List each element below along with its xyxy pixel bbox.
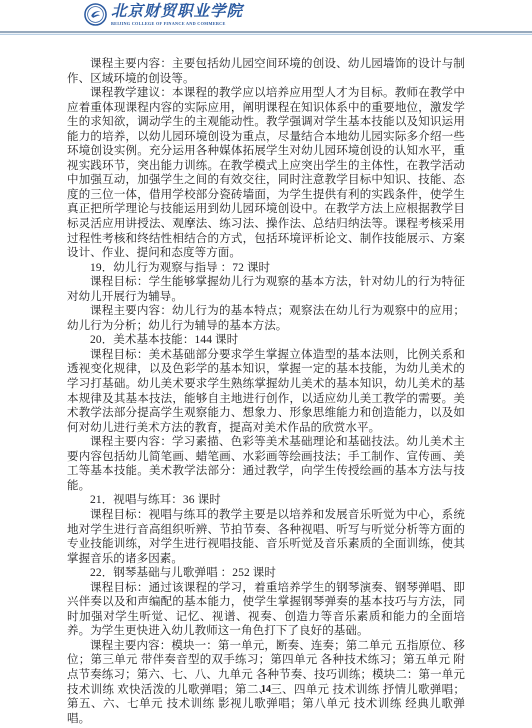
course-heading: 20．美术基本技能：144 课时 (67, 333, 465, 348)
page-number: 14 (0, 684, 532, 695)
paragraph: 课程主要内容：主要包括幼儿园空间环境的创设、幼儿园墙饰的设计与制作、区域环境的创… (67, 57, 465, 86)
school-name-chinese: 北京财贸职业学院 (111, 3, 355, 21)
course-heading: 22．钢琴基础与儿歌弹唱 ：252 课时 (67, 566, 465, 581)
paragraph: 课程主要内容：模块一：第一单元，断奏、连奏；第二单元 五指原位、移位；第三单元 … (67, 639, 465, 726)
school-logo: 北京财贸职业学院 BEIJING COLLEGE OF FINANCE AND … (84, 3, 355, 26)
school-name-english: BEIJING COLLEGE OF FINANCE AND COMMERCE (111, 21, 226, 23)
paragraph: 课程目标：通过该课程的学习，着重培养学生的钢琴演奏、钢琴弹唱、即兴伴奏以及和声编… (67, 581, 465, 639)
paragraph: 课程目标：学生能够掌握幼儿行为观察的基本方法，针对幼儿的行为特征对幼儿开展行为辅… (67, 275, 465, 304)
header-divider (0, 31, 532, 35)
document-body: 课程主要内容：主要包括幼儿园空间环境的创设、幼儿园墙饰的设计与制作、区域环境的创… (67, 57, 465, 726)
paragraph: 课程主要内容：学习素描、色彩等美术基础理论和基础技法。幼儿美术主要内容包括幼儿简… (67, 435, 465, 493)
school-name-block: 北京财贸职业学院 BEIJING COLLEGE OF FINANCE AND … (111, 3, 355, 26)
document-page: 北京财贸职业学院 BEIJING COLLEGE OF FINANCE AND … (0, 0, 532, 728)
course-heading: 19．幼儿行为观察与指导 ：72 课时 (67, 261, 465, 276)
paragraph: 课程主要内容：幼儿行为的基本特点；观察法在幼儿行为观察中的应用；幼儿行为分析；幼… (67, 304, 465, 333)
paragraph: 课程教学建议：本课程的教学应以培养应用型人才为目标。教师在教学中应着重体现课程内… (67, 86, 465, 261)
school-emblem-icon (84, 3, 107, 26)
paragraph: 课程目标：视唱与练耳的教学主要是以培养和发展音乐听觉为中心，系统地对学生进行音高… (67, 508, 465, 566)
paragraph: 课程目标：美术基础部分要求学生掌握立体造型的基本法则，比例关系和透视变化规律，以… (67, 348, 465, 435)
course-heading: 21．视唱与练耳：36 课时 (67, 493, 465, 508)
